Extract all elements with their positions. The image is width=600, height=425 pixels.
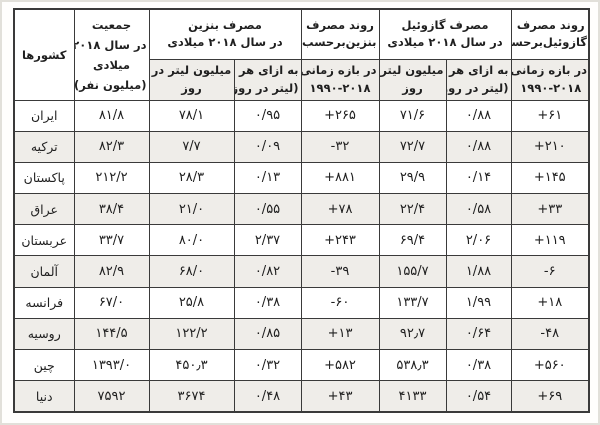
gasoline-volume-cell: ۷۸/۱ — [149, 100, 234, 131]
header-line: به ازای هر نفر — [237, 62, 299, 79]
gasoline-per-capita-cell: ۰/۵۵ — [234, 194, 301, 225]
diesel-volume-cell: ۲۲/۴ — [379, 194, 446, 225]
header-line: میلادی — [77, 55, 147, 75]
header-line: (لیتر در روز) — [449, 80, 509, 97]
diesel-trend-cell: +۱۸ — [511, 287, 589, 318]
header-line: (لیتر در روز) — [237, 80, 299, 97]
diesel-trend-cell: +۶۹ — [511, 381, 589, 412]
gasoline-trend-cell: +۵۸۲ — [301, 350, 379, 381]
header-line: میلیون لیتر در — [382, 62, 444, 79]
population-cell: ۱۴۴/۵ — [74, 318, 149, 349]
country-cell: فرانسه — [14, 287, 74, 318]
header-gasoline-million-liters: میلیون لیتر در روز — [149, 59, 234, 100]
gasoline-trend-cell: -۶۰ — [301, 287, 379, 318]
table-row-france: فرانسه ۶۷/۰ ۲۵/۸ ۰/۳۸ -۶۰ ۱۳۳/۷ ۱/۹۹ +۱۸ — [14, 287, 589, 318]
header-line: در بازه زمانی — [304, 62, 377, 79]
header-line: در سال ۲۰۱۸ میلادی — [382, 34, 509, 51]
diesel-trend-cell: -۴۸ — [511, 318, 589, 349]
diesel-per-capita-cell: ۱/۸۸ — [446, 256, 511, 287]
screenshot-frame: کشورها جمعیت در سال ۲۰۱۸ میلادی (میلیون … — [0, 0, 600, 425]
diesel-volume-cell: ۷۱/۶ — [379, 100, 446, 131]
header-row-groups: کشورها جمعیت در سال ۲۰۱۸ میلادی (میلیون … — [14, 9, 589, 59]
diesel-per-capita-cell: ۰/۸۸ — [446, 131, 511, 162]
gasoline-trend-cell: +۲۶۵ — [301, 100, 379, 131]
gasoline-per-capita-cell: ۰/۳۲ — [234, 350, 301, 381]
gasoline-volume-cell: ۳۶۷۴ — [149, 381, 234, 412]
diesel-volume-cell: ۶۹/۴ — [379, 225, 446, 256]
header-line: روند مصرف — [304, 17, 377, 34]
diesel-per-capita-cell: ۰/۵۴ — [446, 381, 511, 412]
country-cell: چین — [14, 350, 74, 381]
header-line: در سال ۲۰۱۸ — [77, 35, 147, 55]
header-gasoline-per-person: به ازای هر نفر (لیتر در روز) — [234, 59, 301, 100]
gasoline-trend-cell: +۴۳ — [301, 381, 379, 412]
gasoline-trend-cell: +۷۸ — [301, 194, 379, 225]
header-line: گازوئیل‌برحسب٪ — [515, 34, 588, 51]
header-line: ۱۹۹۰-۲۰۱۸ — [515, 80, 588, 97]
gasoline-volume-cell: ۸۰/۰ — [149, 225, 234, 256]
country-cell: دنیا — [14, 381, 74, 412]
gasoline-trend-cell: +۱۳ — [301, 318, 379, 349]
diesel-trend-cell: +۵۶۰ — [511, 350, 589, 381]
header-line: روز — [152, 80, 232, 97]
population-cell: ۸۲/۹ — [74, 256, 149, 287]
diesel-volume-cell: ۴۱۳۳ — [379, 381, 446, 412]
header-diesel-group: مصرف گازوئیل در سال ۲۰۱۸ میلادی — [379, 9, 511, 59]
country-cell: پاکستان — [14, 162, 74, 193]
diesel-per-capita-cell: ۲/۰۶ — [446, 225, 511, 256]
gasoline-trend-cell: -۳۹ — [301, 256, 379, 287]
header-line: جمعیت — [77, 15, 147, 35]
gasoline-volume-cell: ۲۱/۰ — [149, 194, 234, 225]
table-row-iran: ایران ۸۱/۸ ۷۸/۱ ۰/۹۵ +۲۶۵ ۷۱/۶ ۰/۸۸ +۶۱ — [14, 100, 589, 131]
diesel-per-capita-cell: ۰/۸۸ — [446, 100, 511, 131]
table-row-world: دنیا ۷۵۹۲ ۳۶۷۴ ۰/۴۸ +۴۳ ۴۱۳۳ ۰/۵۴ +۶۹ — [14, 381, 589, 412]
population-cell: ۲۱۲/۲ — [74, 162, 149, 193]
header-gasoline-interval: در بازه زمانی ۱۹۹۰-۲۰۱۸ — [301, 59, 379, 100]
header-line: ۱۹۹۰-۲۰۱۸ — [304, 80, 377, 97]
gasoline-volume-cell: ۱۲۲/۲ — [149, 318, 234, 349]
header-line: بنزین‌برحسب٪ — [304, 34, 377, 51]
gasoline-per-capita-cell: ۰/۴۸ — [234, 381, 301, 412]
gasoline-per-capita-cell: ۰/۸۲ — [234, 256, 301, 287]
diesel-volume-cell: ۷۲/۷ — [379, 131, 446, 162]
gasoline-volume-cell: ۲۵/۸ — [149, 287, 234, 318]
diesel-volume-cell: ۵۳۸٫۳ — [379, 350, 446, 381]
header-line: (میلیون نفر) — [77, 75, 147, 95]
header-gasoline-group: مصرف بنزین در سال ۲۰۱۸ میلادی — [149, 9, 301, 59]
country-cell: روسیه — [14, 318, 74, 349]
gasoline-per-capita-cell: ۰/۹۵ — [234, 100, 301, 131]
diesel-volume-cell: ۱۳۳/۷ — [379, 287, 446, 318]
population-cell: ۶۷/۰ — [74, 287, 149, 318]
diesel-trend-cell: +۶۱ — [511, 100, 589, 131]
table-row-saudi-arabia: عربستان ۳۳/۷ ۸۰/۰ ۲/۳۷ +۲۴۳ ۶۹/۴ ۲/۰۶ +۱… — [14, 225, 589, 256]
header-diesel-trend: روند مصرف گازوئیل‌برحسب٪ — [511, 9, 589, 59]
header-diesel-interval: در بازه زمانی ۱۹۹۰-۲۰۱۸ — [511, 59, 589, 100]
gasoline-volume-cell: ۲۸/۳ — [149, 162, 234, 193]
gasoline-trend-cell: -۳۲ — [301, 131, 379, 162]
table-row-turkey: ترکیه ۸۲/۳ ۷/۷ ۰/۰۹ -۳۲ ۷۲/۷ ۰/۸۸ +۲۱۰ — [14, 131, 589, 162]
fuel-consumption-table: کشورها جمعیت در سال ۲۰۱۸ میلادی (میلیون … — [13, 8, 590, 413]
header-countries: کشورها — [14, 9, 74, 100]
diesel-per-capita-cell: ۰/۶۴ — [446, 318, 511, 349]
diesel-trend-cell: -۶ — [511, 256, 589, 287]
population-cell: ۷۵۹۲ — [74, 381, 149, 412]
gasoline-volume-cell: ۶۸/۰ — [149, 256, 234, 287]
gasoline-per-capita-cell: ۰/۳۸ — [234, 287, 301, 318]
gasoline-volume-cell: ۴۵۰٫۳ — [149, 350, 234, 381]
population-cell: ۸۱/۸ — [74, 100, 149, 131]
gasoline-volume-cell: ۷/۷ — [149, 131, 234, 162]
header-line: مصرف بنزین — [152, 17, 299, 34]
population-cell: ۳۸/۴ — [74, 194, 149, 225]
header-line: میلیون لیتر در — [152, 62, 232, 79]
gasoline-per-capita-cell: ۰/۱۳ — [234, 162, 301, 193]
diesel-per-capita-cell: ۰/۵۸ — [446, 194, 511, 225]
country-cell: عربستان — [14, 225, 74, 256]
country-cell: آلمان — [14, 256, 74, 287]
table-row-russia: روسیه ۱۴۴/۵ ۱۲۲/۲ ۰/۸۵ +۱۳ ۹۲٫۷ ۰/۶۴ -۴۸ — [14, 318, 589, 349]
table-row-china: چین ۱۳۹۳/۰ ۴۵۰٫۳ ۰/۳۲ +۵۸۲ ۵۳۸٫۳ ۰/۳۸ +۵… — [14, 350, 589, 381]
header-diesel-million-liters: میلیون لیتر در روز — [379, 59, 446, 100]
diesel-trend-cell: +۱۱۹ — [511, 225, 589, 256]
diesel-trend-cell: +۱۴۵ — [511, 162, 589, 193]
diesel-volume-cell: ۲۹/۹ — [379, 162, 446, 193]
header-line: در بازه زمانی — [515, 62, 588, 79]
header-population: جمعیت در سال ۲۰۱۸ میلادی (میلیون نفر) — [74, 9, 149, 100]
gasoline-per-capita-cell: ۰/۰۹ — [234, 131, 301, 162]
diesel-per-capita-cell: ۱/۹۹ — [446, 287, 511, 318]
gasoline-trend-cell: +۸۸۱ — [301, 162, 379, 193]
diesel-volume-cell: ۹۲٫۷ — [379, 318, 446, 349]
country-cell: ترکیه — [14, 131, 74, 162]
table-row-iraq: عراق ۳۸/۴ ۲۱/۰ ۰/۵۵ +۷۸ ۲۲/۴ ۰/۵۸ +۳۳ — [14, 194, 589, 225]
gasoline-per-capita-cell: ۰/۸۵ — [234, 318, 301, 349]
country-cell: ایران — [14, 100, 74, 131]
header-line: در سال ۲۰۱۸ میلادی — [152, 34, 299, 51]
diesel-volume-cell: ۱۵۵/۷ — [379, 256, 446, 287]
population-cell: ۳۳/۷ — [74, 225, 149, 256]
population-cell: ۱۳۹۳/۰ — [74, 350, 149, 381]
diesel-trend-cell: +۳۳ — [511, 194, 589, 225]
header-gasoline-trend: روند مصرف بنزین‌برحسب٪ — [301, 9, 379, 59]
population-cell: ۸۲/۳ — [74, 131, 149, 162]
header-line: به ازای هر نفر — [449, 62, 509, 79]
table-row-germany: آلمان ۸۲/۹ ۶۸/۰ ۰/۸۲ -۳۹ ۱۵۵/۷ ۱/۸۸ -۶ — [14, 256, 589, 287]
country-cell: عراق — [14, 194, 74, 225]
diesel-trend-cell: +۲۱۰ — [511, 131, 589, 162]
table-row-pakistan: پاکستان ۲۱۲/۲ ۲۸/۳ ۰/۱۳ +۸۸۱ ۲۹/۹ ۰/۱۴ +… — [14, 162, 589, 193]
gasoline-per-capita-cell: ۲/۳۷ — [234, 225, 301, 256]
header-line: مصرف گازوئیل — [382, 17, 509, 34]
diesel-per-capita-cell: ۰/۱۴ — [446, 162, 511, 193]
gasoline-trend-cell: +۲۴۳ — [301, 225, 379, 256]
header-diesel-per-person: به ازای هر نفر (لیتر در روز) — [446, 59, 511, 100]
diesel-per-capita-cell: ۰/۳۸ — [446, 350, 511, 381]
header-line: روز — [382, 80, 444, 97]
header-line: روند مصرف — [515, 17, 588, 34]
